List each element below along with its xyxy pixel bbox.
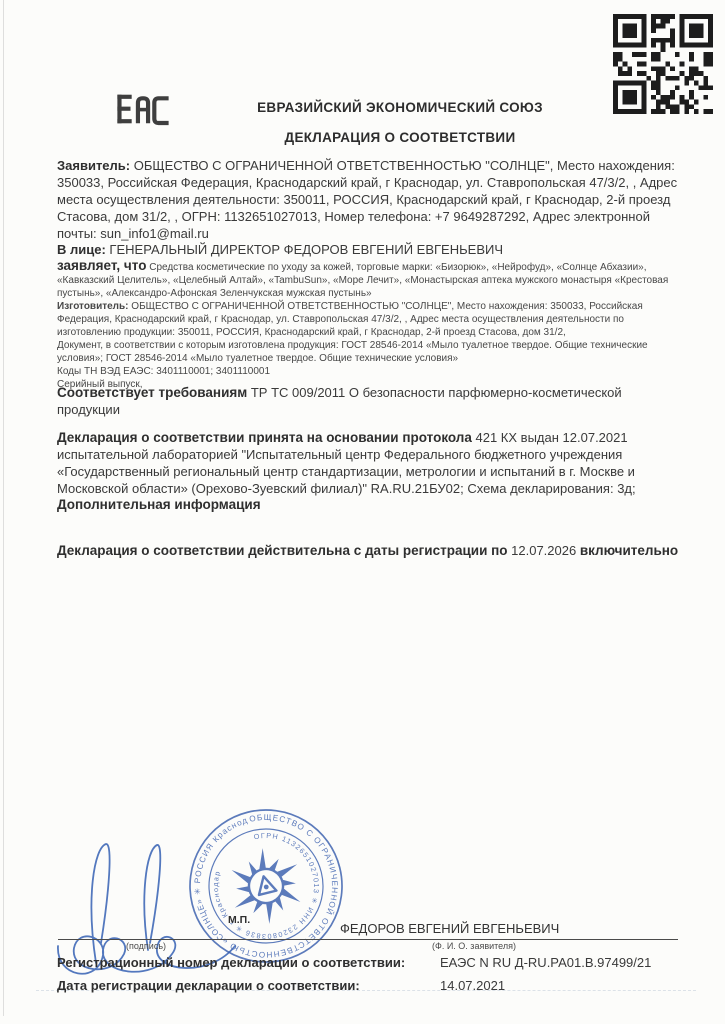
validity-block: Декларация о соответствии действительна … <box>57 542 682 559</box>
document-header: ЕВРАЗИЙСКИЙ ЭКОНОМИЧЕСКИЙ СОЮЗ ДЕКЛАРАЦИ… <box>130 100 670 160</box>
registration-date-label: Дата регистрации декларации о соответств… <box>57 978 437 993</box>
additional-info-block: Дополнительная информация <box>57 496 682 513</box>
document-title: ДЕКЛАРАЦИЯ О СООТВЕТСТВИИ <box>130 130 670 145</box>
tnved-codes-line: Коды ТН ВЭД ЕАЭС: 3401110001; 3401110001 <box>57 365 682 378</box>
basis-block: Декларация о соответствии принята на осн… <box>57 429 682 497</box>
applicant-label: Заявитель: <box>57 158 130 173</box>
name-caption: (Ф. И. О. заявителя) <box>432 941 516 951</box>
declares-block: заявляет, что Средства косметические по … <box>57 259 682 391</box>
validity-label: Декларация о соответствии действительна … <box>57 543 508 558</box>
registration-number-label: Регистрационный номер декларации о соотв… <box>57 955 437 970</box>
protocol-number: 421 КХ <box>472 430 517 445</box>
signature-line <box>58 939 678 940</box>
declares-label: заявляет, что <box>57 258 146 273</box>
applicant-full-name: ФЕДОРОВ ЕВГЕНИЙ ЕВГЕНЬЕВИЧ <box>340 921 559 936</box>
laboratory-text: испытательной лабораторией "Испытательны… <box>57 447 636 496</box>
signature-caption: (подпись) <box>126 941 166 951</box>
registration-date-value: 14.07.2021 <box>440 978 690 993</box>
product-document-line: Документ, в соответствии с которым изгот… <box>57 339 682 365</box>
union-title: ЕВРАЗИЙСКИЙ ЭКОНОМИЧЕСКИЙ СОЮЗ <box>130 100 670 115</box>
person-text: ГЕНЕРАЛЬНЫЙ ДИРЕКТОР ФЕДОРОВ ЕВГЕНИЙ ЕВГ… <box>106 242 503 257</box>
stamp-place-label: М.П. <box>228 914 250 926</box>
product-paragraph: заявляет, что Средства косметические по … <box>57 259 682 300</box>
protocol-issued: выдан 12.07.2021 <box>517 430 628 445</box>
person-line: В лице: ГЕНЕРАЛЬНЫЙ ДИРЕКТОР ФЕДОРОВ ЕВГ… <box>57 241 682 258</box>
registration-number-value: ЕАЭС N RU Д-RU.РА01.В.97499/21 <box>440 955 690 970</box>
validity-date: 12.07.2026 <box>508 543 580 558</box>
declaration-document: ЕВРАЗИЙСКИЙ ЭКОНОМИЧЕСКИЙ СОЮЗ ДЕКЛАРАЦИ… <box>0 0 725 1024</box>
person-label: В лице: <box>57 242 106 257</box>
additional-info-label: Дополнительная информация <box>57 497 261 512</box>
manufacturer-paragraph: Изготовитель: ОБЩЕСТВО С ОГРАНИЧЕННОЙ ОТ… <box>57 300 682 339</box>
applicant-paragraph: Заявитель: ОБЩЕСТВО С ОГРАНИЧЕННОЙ ОТВЕТ… <box>57 157 682 242</box>
validity-suffix: включительно <box>580 543 678 558</box>
conformity-label: Соответствует требованиям <box>57 385 247 400</box>
scan-edge-artifact <box>3 0 4 1016</box>
manufacturer-text: ОБЩЕСТВО С ОГРАНИЧЕННОЙ ОТВЕТСТВЕННОСТЬЮ… <box>57 301 643 338</box>
basis-label: Декларация о соответствии принята на осн… <box>57 430 472 445</box>
manufacturer-label: Изготовитель: <box>57 301 129 312</box>
conformity-block: Соответствует требованиям ТР ТС 009/2011… <box>57 384 682 418</box>
applicant-text: ОБЩЕСТВО С ОГРАНИЧЕННОЙ ОТВЕТСТВЕННОСТЬЮ… <box>57 158 677 241</box>
product-text: Средства косметические по уходу за кожей… <box>57 262 668 299</box>
